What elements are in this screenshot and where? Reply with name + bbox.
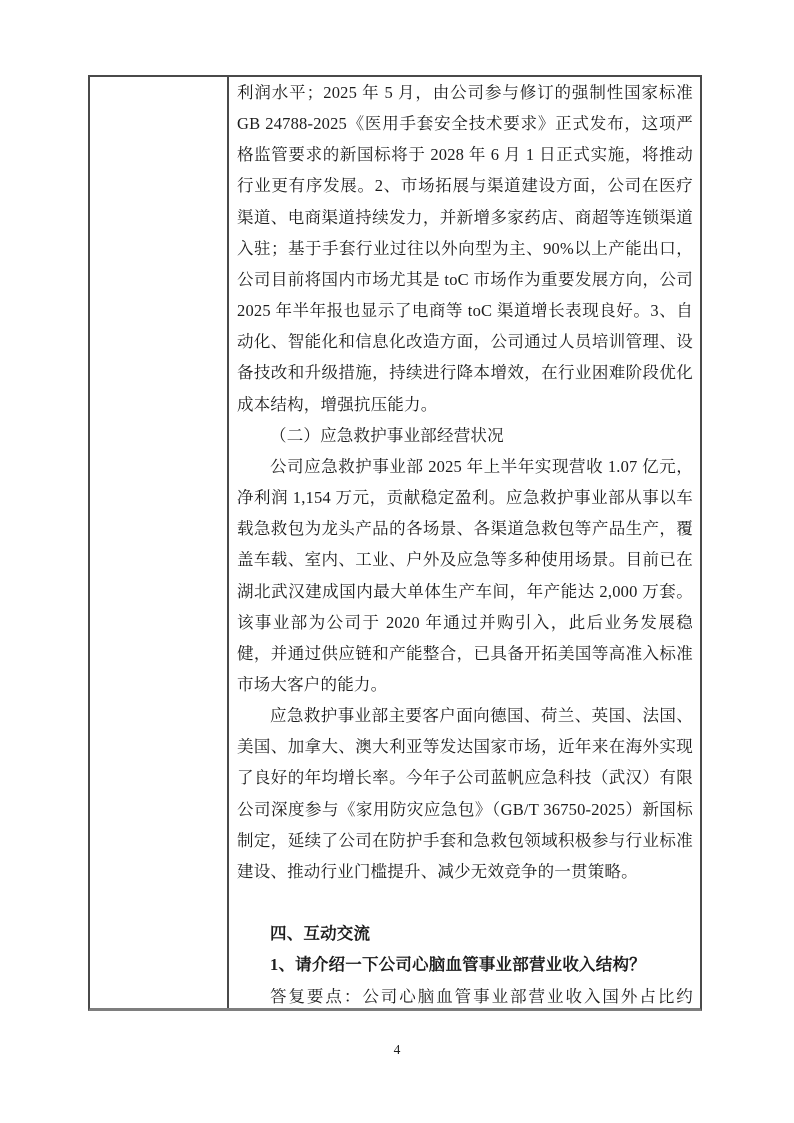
section-heading-interaction: 四、互动交流	[237, 918, 693, 949]
table-left-column-cell	[90, 77, 229, 1008]
paragraph-business-overview-continuation: 利润水平；2025 年 5 月，由公司参与修订的强制性国家标准 GB 24788…	[237, 77, 693, 420]
document-page: 利润水平；2025 年 5 月，由公司参与修订的强制性国家标准 GB 24788…	[0, 0, 794, 1123]
question-1-revenue-structure: 1、请介绍一下公司心脑血管事业部营业收入结构？	[237, 949, 693, 980]
paragraph-emergency-rescue-performance: 公司应急救护事业部 2025 年上半年实现营收 1.07 亿元，净利润 1,15…	[237, 451, 693, 700]
page-number: 4	[0, 1042, 794, 1058]
subsection-heading-emergency-rescue-division: （二）应急救护事业部经营状况	[237, 420, 693, 451]
paragraph-emergency-rescue-customers: 应急救护事业部主要客户面向德国、荷兰、英国、法国、美国、加拿大、澳大利亚等发达国…	[237, 700, 693, 887]
table-content-cell: 利润水平；2025 年 5 月，由公司参与修订的强制性国家标准 GB 24788…	[229, 77, 700, 1008]
record-table: 利润水平；2025 年 5 月，由公司参与修订的强制性国家标准 GB 24788…	[88, 75, 702, 1011]
answer-1-revenue-structure: 答复要点：公司心脑血管事业部营业收入国外占比约 60%，国内占比约 40%，预计…	[237, 981, 693, 1008]
